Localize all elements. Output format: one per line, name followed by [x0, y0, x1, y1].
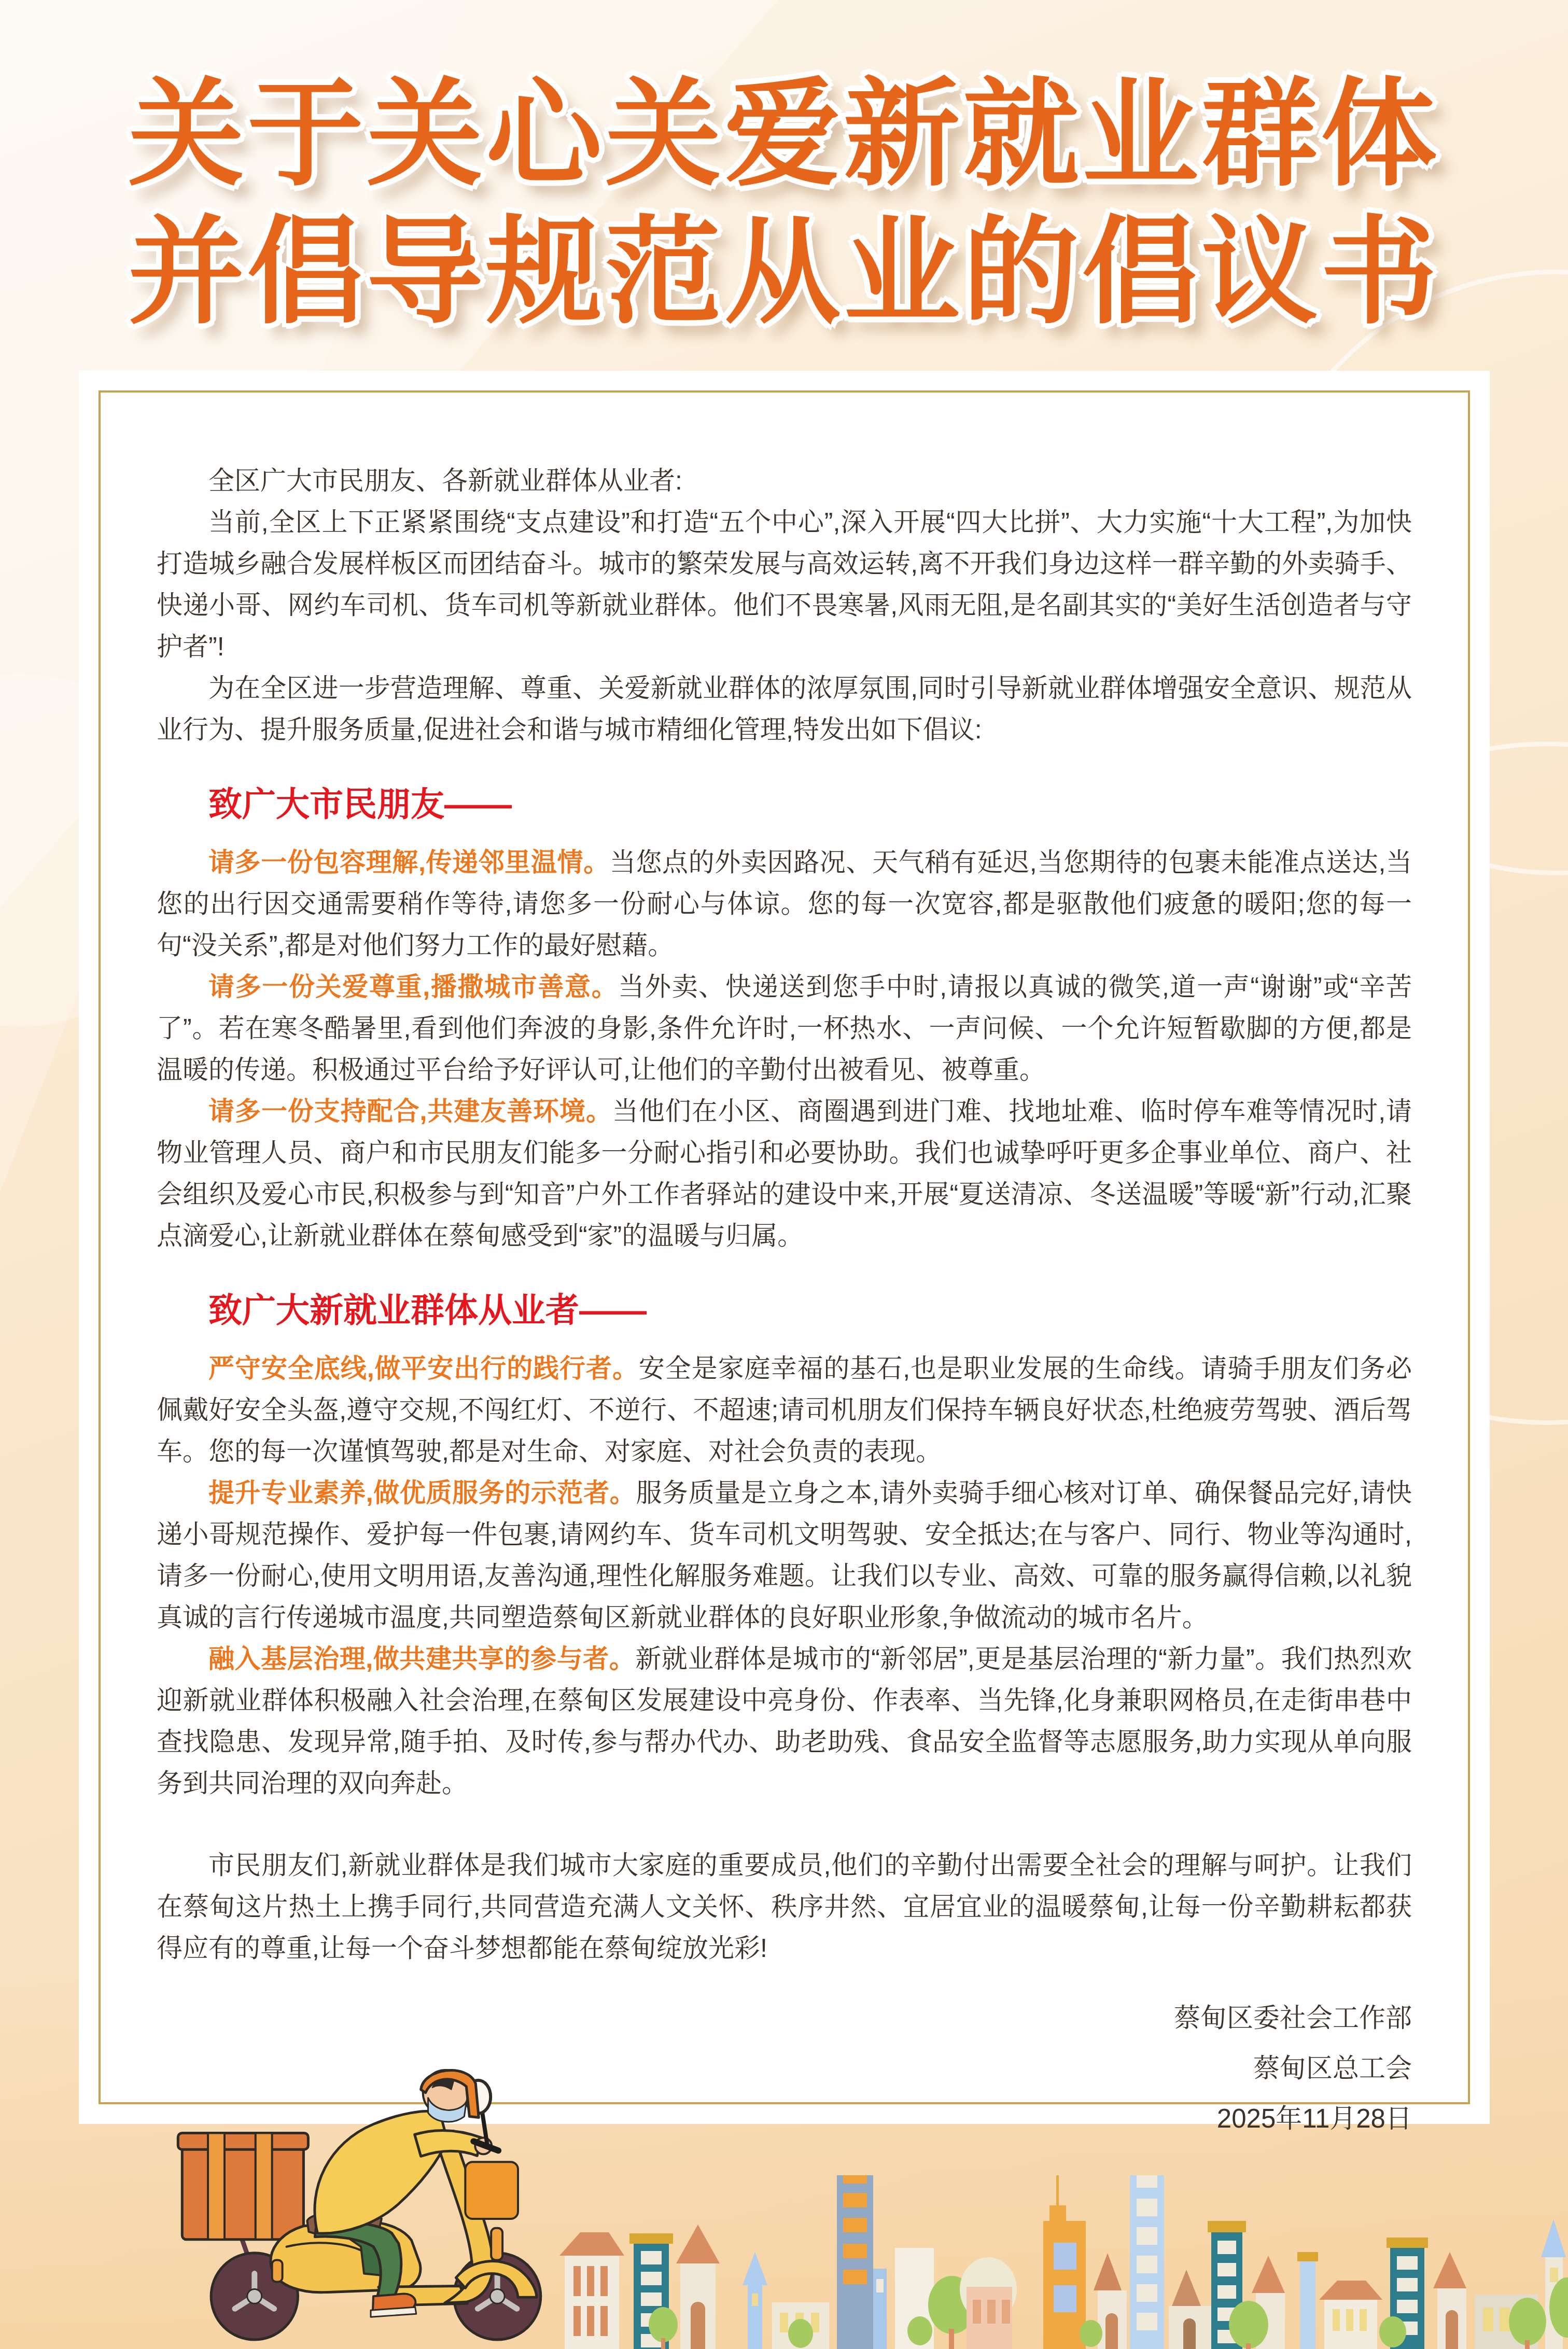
- closing-paragraph: 市民朋友们,新就业群体是我们城市大家庭的重要成员,他们的辛勤付出需要全社会的理解…: [157, 1844, 1412, 1969]
- paragraph-lead: 请多一份包容理解,传递邻里温情。: [208, 848, 610, 877]
- skyline-icon: [557, 2175, 1568, 2349]
- intro-paragraph-2: 为在全区进一步营造理解、尊重、关爱新就业群体的浓厚氛围,同时引导新就业群体增强安…: [157, 667, 1412, 750]
- letter-card: 全区广大市民朋友、各新就业群体从业者: 当前,全区上下正紧紧围绕“支点建设”和打…: [79, 371, 1490, 2124]
- delivery-rider-illustration: [156, 2054, 581, 2349]
- scooter-rider-icon: [156, 2054, 581, 2349]
- workers-paragraph-2: 提升专业素养,做优质服务的示范者。服务质量是立身之本,请外卖骑手细心核对订单、确…: [157, 1472, 1412, 1638]
- salutation: 全区广大市民朋友、各新就业群体从业者:: [157, 460, 1412, 501]
- signature-org-1: 蔡甸区委社会工作部: [157, 1993, 1412, 2043]
- poster-title: 关于关心关爱新就业群体 并倡导规范从业的倡议书: [0, 66, 1568, 342]
- poster-page: 关于关心关爱新就业群体 并倡导规范从业的倡议书 全区广大市民朋友、各新就业群体从…: [0, 0, 1568, 2349]
- poster-title-line-2: 并倡导规范从业的倡议书: [0, 204, 1568, 342]
- citizens-paragraph-2: 请多一份关爱尊重,播撒城市善意。当外卖、快递送到您手中时,请报以真诚的微笑,道一…: [157, 966, 1412, 1090]
- paragraph-lead: 融入基层治理,做共建共享的参与者。: [208, 1644, 635, 1673]
- paragraph-lead: 请多一份关爱尊重,播撒城市善意。: [208, 972, 618, 1001]
- section-heading-citizens: 致广大市民朋友——: [157, 782, 1412, 826]
- intro-paragraph-1: 当前,全区上下正紧紧围绕“支点建设”和打造“五个中心”,深入开展“四大比拼”、大…: [157, 501, 1412, 667]
- workers-paragraph-1: 严守安全底线,做平安出行的践行者。安全是家庭幸福的基石,也是职业发展的生命线。请…: [157, 1348, 1412, 1472]
- poster-title-line-1: 关于关心关爱新就业群体: [0, 66, 1568, 204]
- section-heading-workers: 致广大新就业群体从业者——: [157, 1289, 1412, 1332]
- citizens-paragraph-1: 请多一份包容理解,传递邻里温情。当您点的外卖因路况、天气稍有延迟,当您期待的包裹…: [157, 842, 1412, 966]
- paragraph-lead: 请多一份支持配合,共建友善环境。: [208, 1097, 612, 1126]
- city-skyline-illustration: [557, 2175, 1568, 2349]
- workers-paragraph-3: 融入基层治理,做共建共享的参与者。新就业群体是城市的“新邻居”,更是基层治理的“…: [157, 1638, 1412, 1804]
- paragraph-lead: 严守安全底线,做平安出行的践行者。: [208, 1354, 639, 1383]
- paragraph-lead: 提升专业素养,做优质服务的示范者。: [208, 1478, 636, 1507]
- letter-content: 全区广大市民朋友、各新就业群体从业者: 当前,全区上下正紧紧围绕“支点建设”和打…: [157, 439, 1412, 2144]
- citizens-paragraph-3: 请多一份支持配合,共建友善环境。当他们在小区、商圈遇到进门难、找地址难、临时停车…: [157, 1090, 1412, 1256]
